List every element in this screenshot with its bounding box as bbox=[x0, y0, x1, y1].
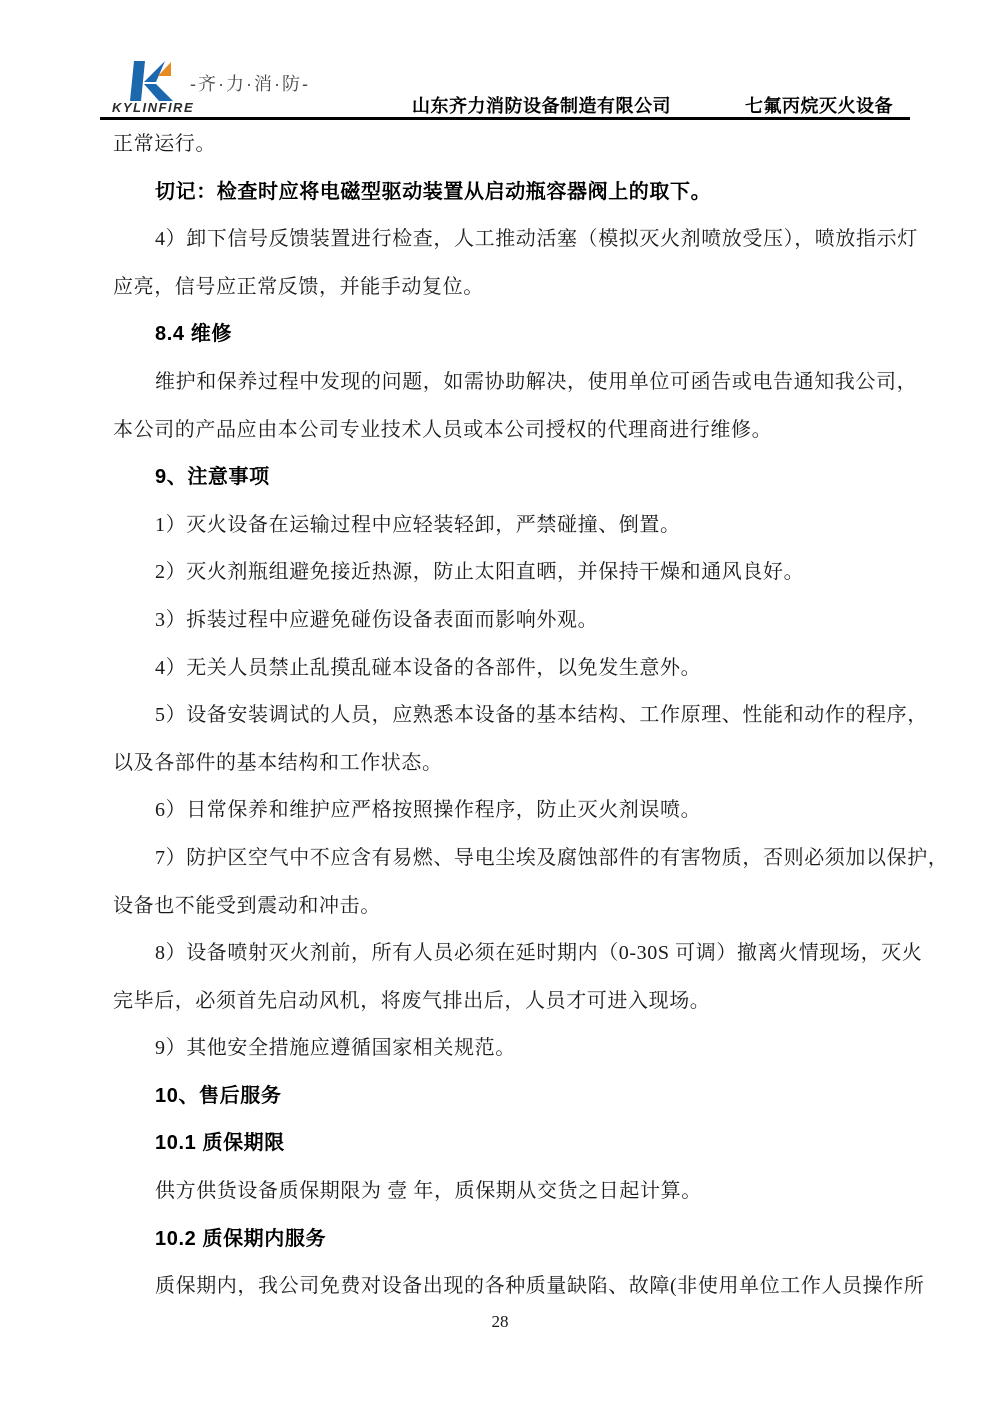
text-line: 2）灭火剂瓶组避免接近热源，防止太阳直晒，并保持干燥和通风良好。 bbox=[113, 559, 928, 607]
text-line: 8）设备喷射灭火剂前，所有人员必须在延时期内（0-30S 可调）撤离火情现场，灭… bbox=[113, 940, 928, 988]
text-line: 4）无关人员禁止乱摸乱碰本设备的各部件，以免发生意外。 bbox=[113, 655, 928, 703]
text-line: 维护和保养过程中发现的问题，如需协助解决，使用单位可函告或电告通知我公司， bbox=[113, 369, 928, 417]
text-line: 正常运行。 bbox=[113, 131, 928, 179]
text-line: 5）设备安装调试的人员，应熟悉本设备的基本结构、工作原理、性能和动作的程序， bbox=[113, 702, 928, 750]
kylinfire-logo-icon bbox=[128, 60, 174, 102]
header-company-name: 山东齐力消防设备制造有限公司 bbox=[412, 92, 671, 118]
header-product-name: 七氟丙烷灭火设备 bbox=[745, 92, 893, 118]
logo-tagline: -齐·力·消·防- bbox=[190, 70, 310, 96]
document-page: KYLINFIRE -齐·力·消·防- 山东齐力消防设备制造有限公司 七氟丙烷灭… bbox=[0, 0, 1000, 1414]
text-line: 4）卸下信号反馈装置进行检查，人工推动活塞（模拟灭火剂喷放受压），喷放指示灯 bbox=[113, 226, 928, 274]
page-header: KYLINFIRE -齐·力·消·防- 山东齐力消防设备制造有限公司 七氟丙烷灭… bbox=[0, 0, 1000, 120]
text-line: 9）其他安全措施应遵循国家相关规范。 bbox=[113, 1035, 928, 1083]
text-line: 应亮，信号应正常反馈，并能手动复位。 bbox=[113, 274, 928, 322]
text-line: 1）灭火设备在运输过程中应轻装轻卸，严禁碰撞、倒置。 bbox=[113, 512, 928, 560]
text-line: 3）拆装过程中应避免碰伤设备表面而影响外观。 bbox=[113, 607, 928, 655]
text-line: 10.1 质保期限 bbox=[113, 1130, 928, 1178]
text-line: 7）防护区空气中不应含有易燃、导电尘埃及腐蚀部件的有害物质，否则必须加以保护， bbox=[113, 845, 928, 893]
document-body: 正常运行。切记：检查时应将电磁型驱动装置从启动瓶容器阀上的取下。4）卸下信号反馈… bbox=[113, 131, 928, 1321]
text-line: 10.2 质保期内服务 bbox=[113, 1226, 928, 1274]
text-line: 本公司的产品应由本公司专业技术人员或本公司授权的代理商进行维修。 bbox=[113, 417, 928, 465]
page-number: 28 bbox=[0, 1312, 1000, 1332]
text-line: 8.4 维修 bbox=[113, 321, 928, 369]
text-line: 以及各部件的基本结构和工作状态。 bbox=[113, 750, 928, 798]
text-line: 供方供货设备质保期限为 壹 年，质保期从交货之日起计算。 bbox=[113, 1178, 928, 1226]
text-line: 6）日常保养和维护应严格按照操作程序，防止灭火剂误喷。 bbox=[113, 797, 928, 845]
text-line: 设备也不能受到震动和冲击。 bbox=[113, 893, 928, 941]
logo-brand-text: KYLINFIRE bbox=[112, 100, 194, 115]
text-line: 完毕后，必须首先启动风机，将废气排出后，人员才可进入现场。 bbox=[113, 988, 928, 1036]
text-line: 切记：检查时应将电磁型驱动装置从启动瓶容器阀上的取下。 bbox=[113, 179, 928, 227]
header-divider bbox=[100, 117, 910, 120]
text-line: 9、注意事项 bbox=[113, 464, 928, 512]
text-line: 10、售后服务 bbox=[113, 1083, 928, 1131]
